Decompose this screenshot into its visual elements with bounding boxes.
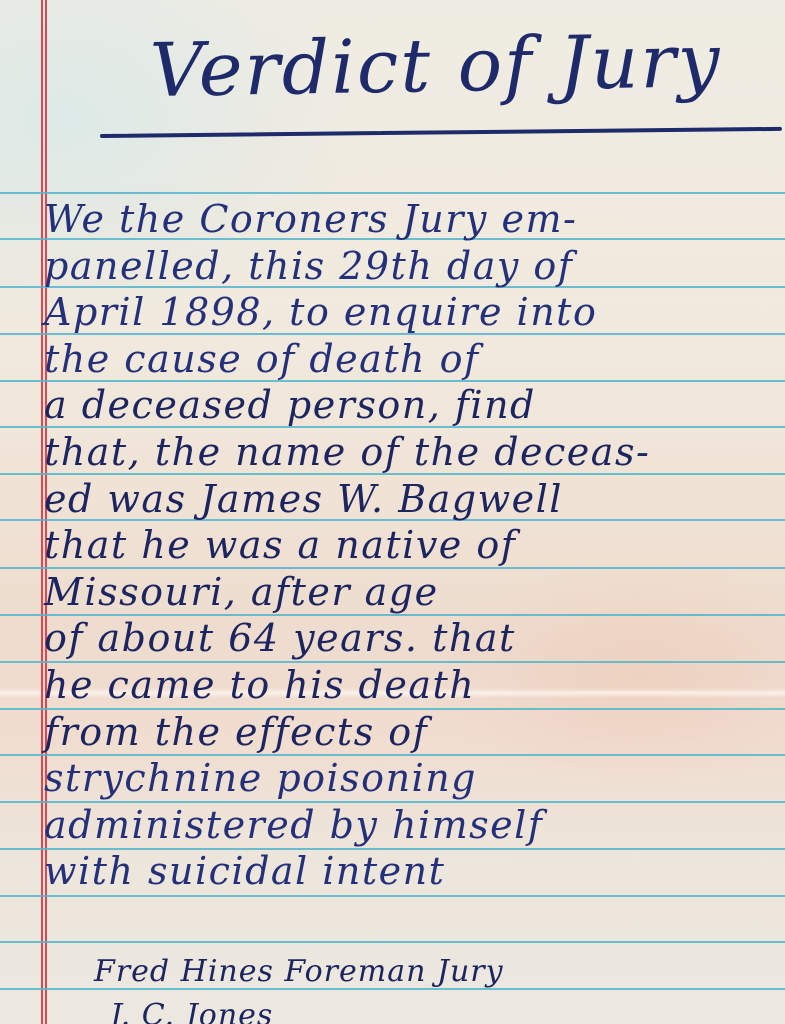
- body-line: the cause of death of: [44, 336, 784, 383]
- body-line: administered by himself: [44, 802, 784, 849]
- document-title: Verdict of Jury: [149, 18, 722, 114]
- signature-foreman: Fred Hines Foreman Jury: [94, 950, 774, 994]
- margin-line-left: [41, 0, 43, 1024]
- body-line: with suicidal intent: [44, 848, 784, 895]
- rule-line: [0, 941, 785, 943]
- body-line: that, the name of the deceas-: [44, 429, 784, 476]
- body-line: strychnine poisoning: [44, 755, 784, 802]
- body-line: of about 64 years. that: [44, 615, 784, 662]
- signature-juror: J. C. Jones: [94, 994, 774, 1024]
- body-line: he came to his death: [44, 662, 784, 709]
- signature-block: Fred Hines Foreman Jury J. C. Jones: [94, 950, 774, 1024]
- verdict-body: We the Coroners Jury em- panelled, this …: [44, 196, 784, 895]
- body-line: panelled, this 29th day of: [44, 243, 784, 290]
- body-line: April 1898, to enquire into: [44, 289, 784, 336]
- rule-line: [0, 895, 785, 897]
- body-line: from the effects of: [44, 709, 784, 756]
- body-line: Missouri, after age: [44, 569, 784, 616]
- body-line: that he was a native of: [44, 522, 784, 569]
- rule-line: [0, 192, 785, 194]
- body-line: a deceased person, find: [44, 382, 784, 429]
- title-underline: [100, 127, 782, 138]
- body-line: ed was James W. Bagwell: [44, 476, 784, 523]
- body-line: We the Coroners Jury em-: [44, 196, 784, 243]
